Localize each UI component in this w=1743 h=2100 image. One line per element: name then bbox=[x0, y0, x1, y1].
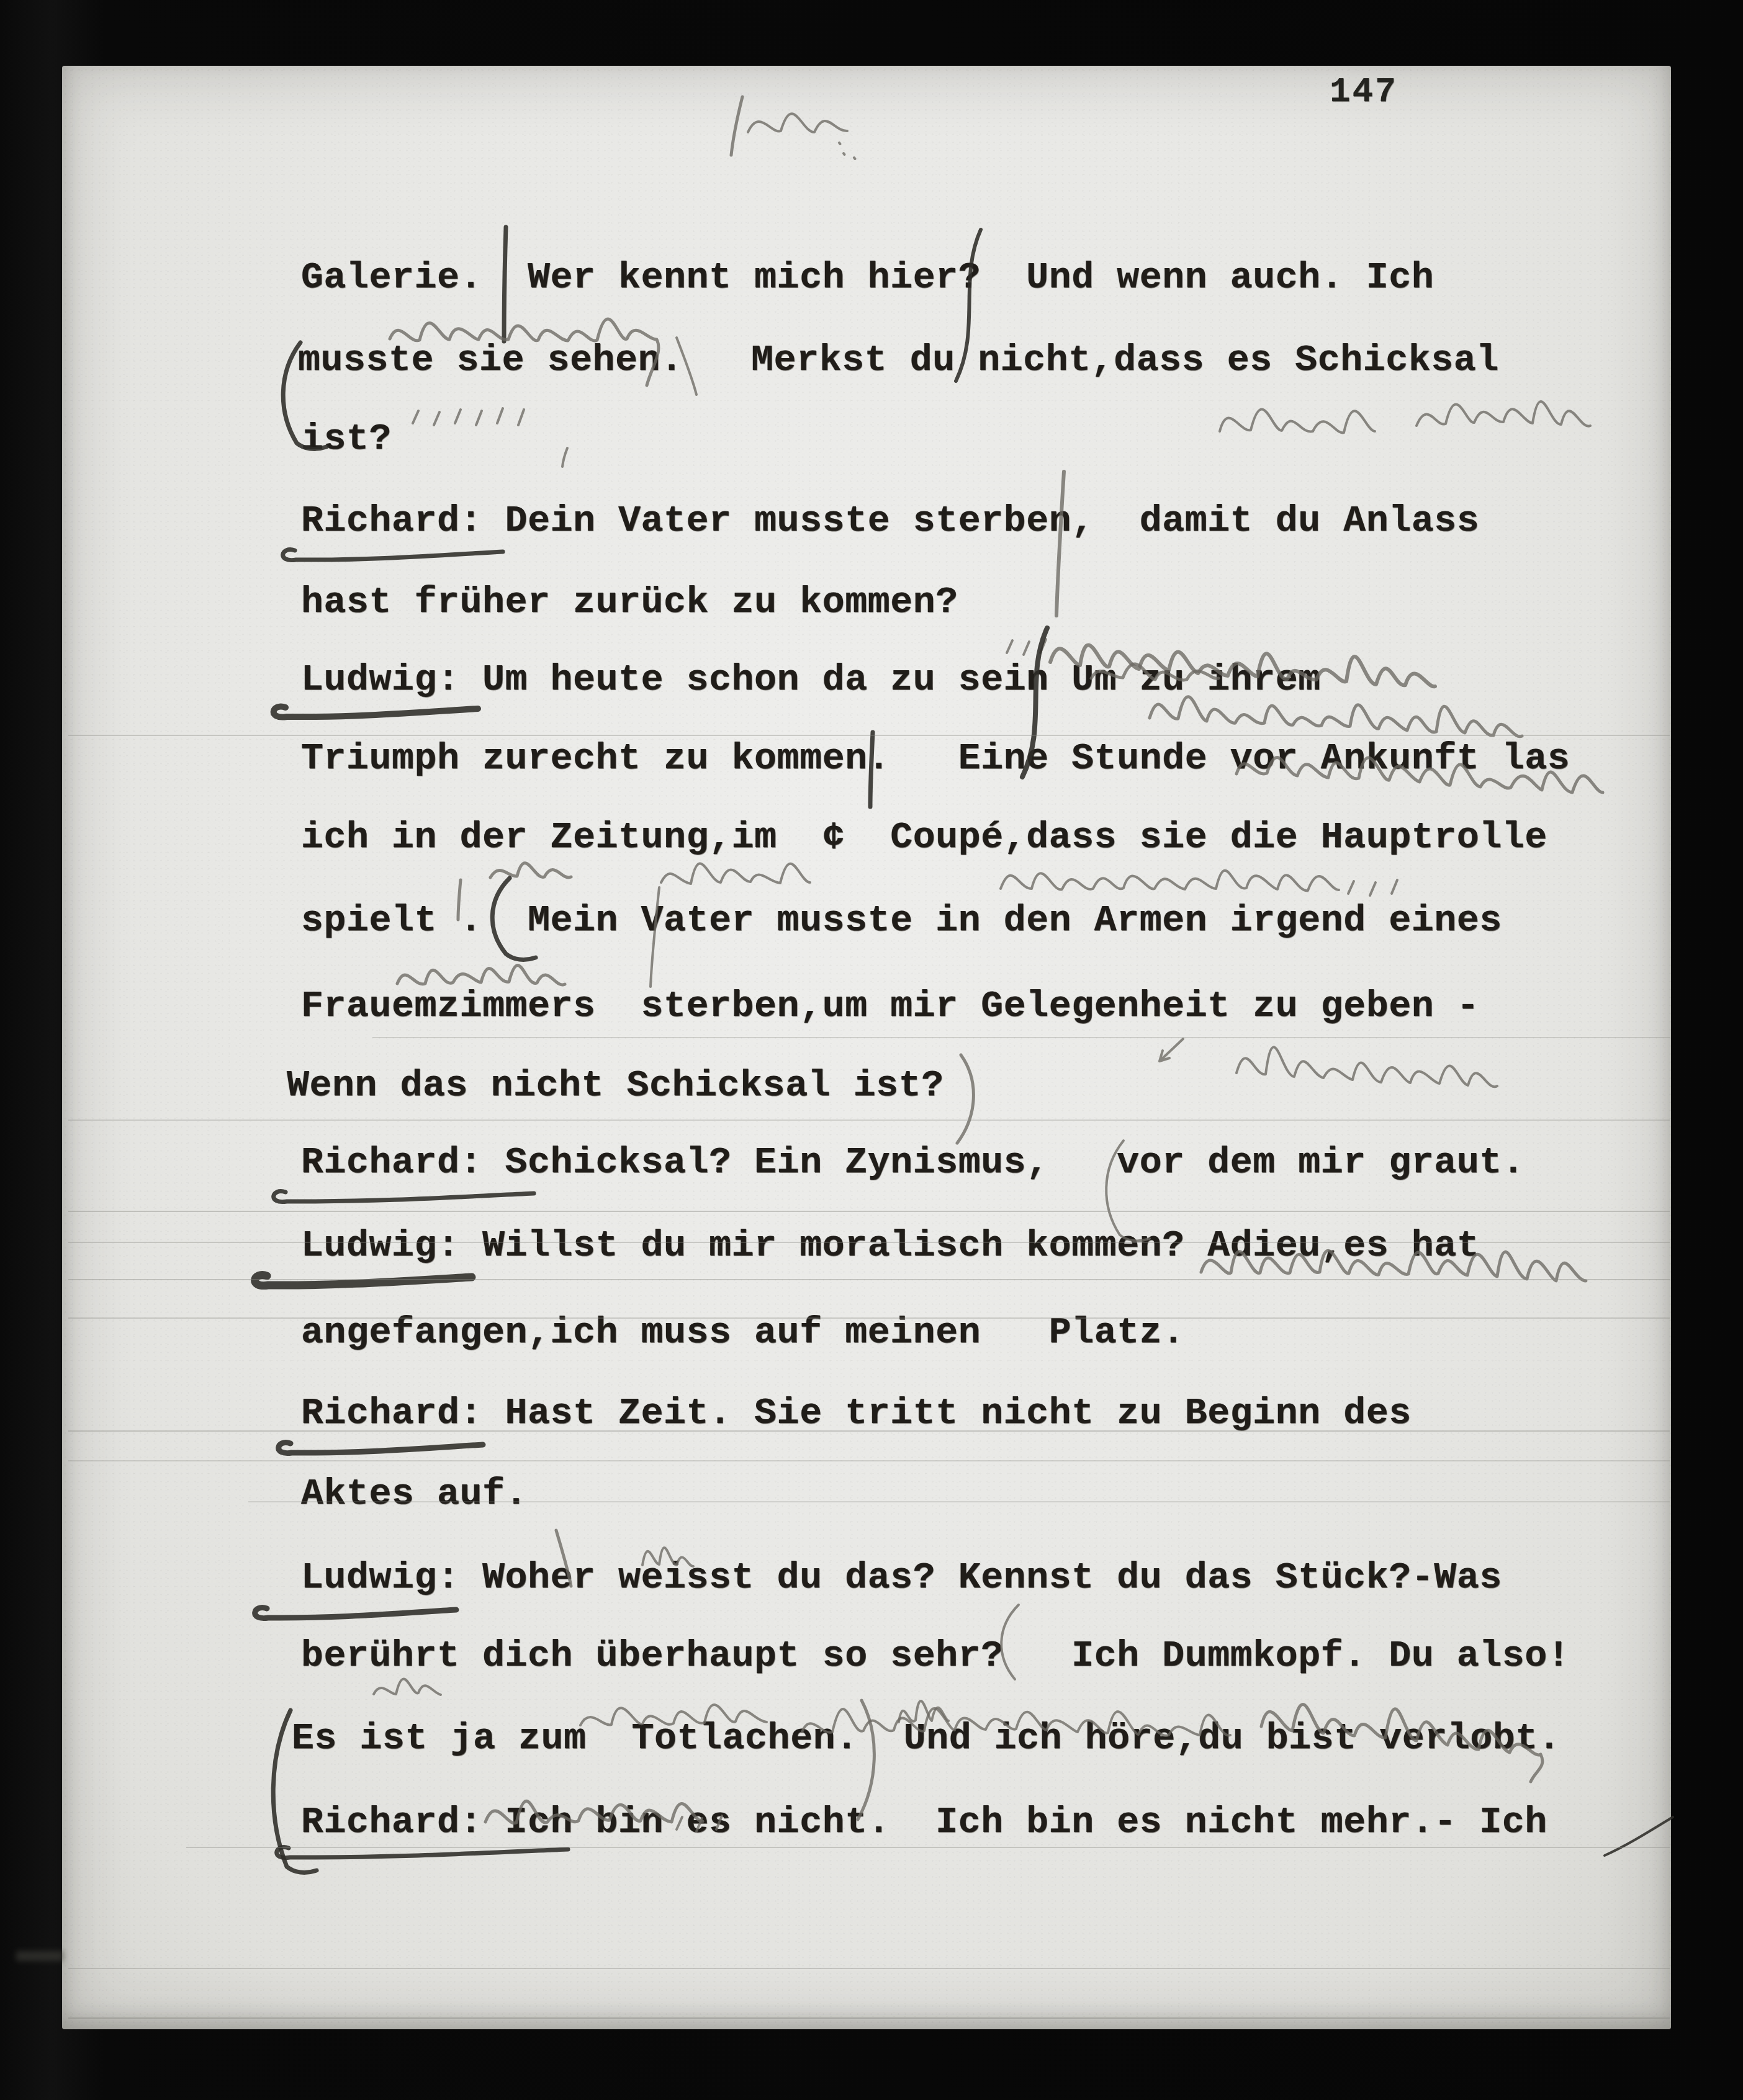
typescript-line-6: Ludwig: Um heute schon da zu sein Um zu … bbox=[301, 659, 1321, 701]
typescript-line-14: angefangen,ich muss auf meinen Platz. bbox=[301, 1312, 1185, 1354]
typescript-line-15: Richard: Hast Zeit. Sie tritt nicht zu B… bbox=[301, 1393, 1412, 1435]
typescript-line-5: hast früher zurück zu kommen? bbox=[301, 581, 958, 624]
document-scan: 147 Galerie. Wer kennt mich hier? Und we… bbox=[0, 0, 1743, 2100]
typescript-line-1: Galerie. Wer kennt mich hier? Und wenn a… bbox=[301, 257, 1434, 299]
typescript-line-13: Ludwig: Willst du mir moralisch kommen? … bbox=[301, 1225, 1479, 1267]
typescript-line-4: Richard: Dein Vater musste sterben, dami… bbox=[301, 500, 1479, 542]
typescript-line-20: Richard: Ich bin es nicht. Ich bin es ni… bbox=[301, 1802, 1547, 1844]
typescript-line-7: Triumph zurecht zu kommen. Eine Stunde v… bbox=[301, 738, 1570, 780]
typescript-line-19: Es ist ja zum Totlachen. Und ich höre,du… bbox=[292, 1718, 1561, 1760]
typescript-line-18: berührt dich überhaupt so sehr? Ich Dumm… bbox=[301, 1635, 1570, 1677]
typescript-line-16: Aktes auf. bbox=[301, 1473, 528, 1515]
typescript-line-3: ist? bbox=[301, 418, 392, 460]
typescript-line-12: Richard: Schicksal? Ein Zynismus, vor de… bbox=[301, 1142, 1525, 1184]
typescript-line-10: Frauemzimmers sterben,um mir Gelegenheit… bbox=[301, 985, 1479, 1028]
typescript-line-11: Wenn das nicht Schicksal ist? bbox=[287, 1065, 944, 1107]
page-number: 147 bbox=[1330, 72, 1398, 112]
typescript-line-2: musste sie sehen. Merkst du nicht,dass e… bbox=[298, 339, 1499, 382]
typescript-line-8: ich in der Zeitung,im ¢ Coupé,dass sie d… bbox=[301, 817, 1547, 859]
typescript-line-9: spielt . Mein Vater musste in den Armen … bbox=[301, 900, 1502, 942]
typescript-line-17: Ludwig: Woher weisst du das? Kennst du d… bbox=[301, 1557, 1502, 1599]
scan-smudge bbox=[16, 1951, 63, 1961]
